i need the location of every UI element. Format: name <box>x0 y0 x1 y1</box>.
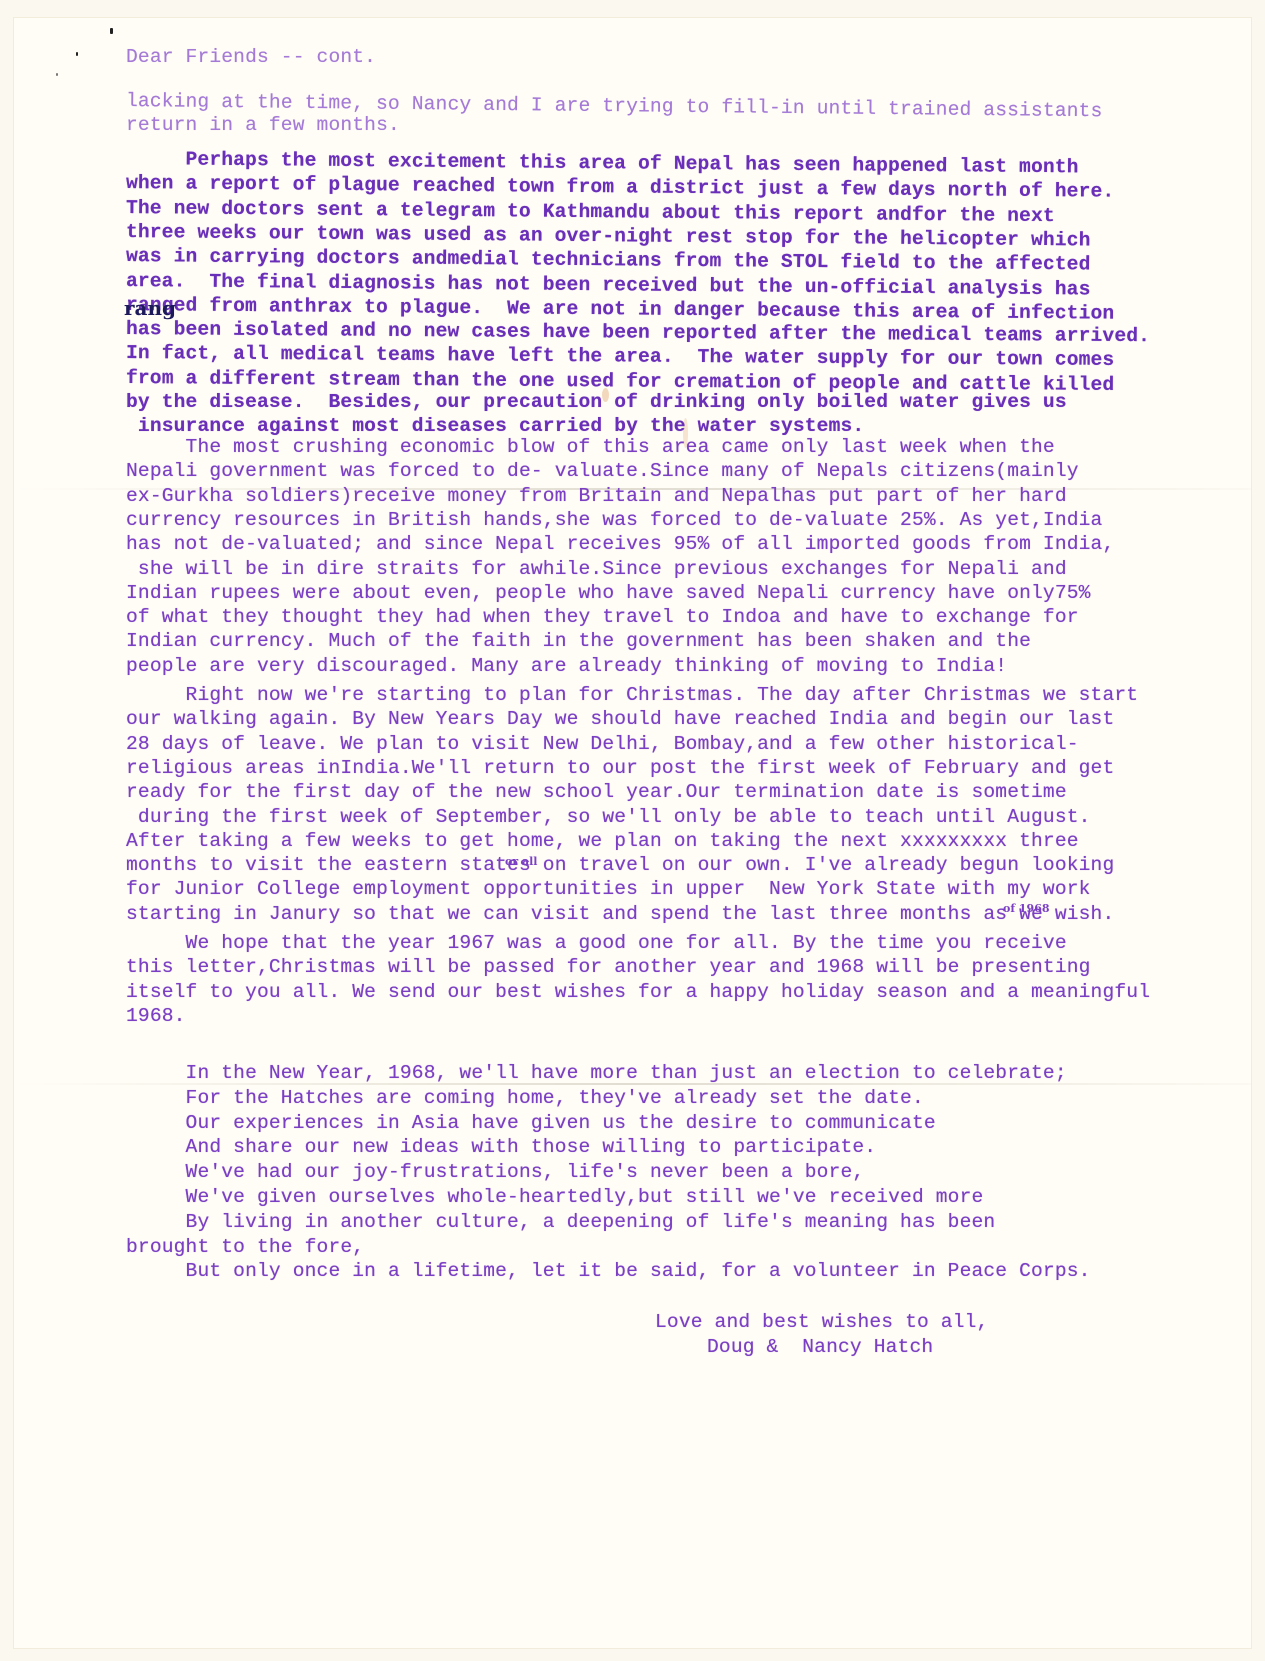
handwritten-correction: rang <box>124 296 176 320</box>
text-line: We hope that the year 1967 was a good on… <box>126 934 1067 954</box>
handwritten-insert: or all <box>505 855 537 868</box>
text-line: brought to the fore, <box>126 1238 364 1258</box>
text-line: After taking a few weeks to get home, we… <box>126 832 1079 852</box>
text-line: By living in another culture, a deepenin… <box>126 1213 995 1233</box>
text-line: For the Hatches are coming home, they've… <box>126 1089 924 1109</box>
text-line: by the disease. Besides, our precaution … <box>126 393 1067 413</box>
text-line: of what they thought they had when they … <box>126 608 1079 628</box>
text-line: insurance against most diseases carried … <box>126 417 864 437</box>
text-line: religious areas inIndia.We'll return to … <box>126 759 1114 779</box>
text-line: But only once in a lifetime, let it be s… <box>126 1262 1091 1282</box>
text-line: Our experiences in Asia have given us th… <box>126 1114 936 1134</box>
text-line: We've given ourselves whole-heartedly,bu… <box>126 1188 983 1208</box>
text-line: The most crushing economic blow of this … <box>126 438 1055 458</box>
text-line: Indian rupees were about even, people wh… <box>126 584 1091 604</box>
text-line: In fact, all medical teams have left the… <box>126 344 1115 370</box>
text-line: In the New Year, 1968, we'll have more t… <box>126 1064 1067 1084</box>
text-line: she will be in dire straits for awhile.S… <box>126 560 1067 580</box>
text-line: people are very discouraged. Many are al… <box>126 657 1007 677</box>
opening-line: return in a few months. <box>126 116 400 136</box>
text-line: during the first week of September, so w… <box>126 808 1091 828</box>
text-line: Indian currency. Much of the faith in th… <box>126 632 1031 652</box>
signature: Doug & Nancy Hatch <box>707 1338 933 1358</box>
text-line: ready for the first day of the new schoo… <box>126 783 1067 803</box>
text-line: itself to you all. We send our best wish… <box>126 983 1150 1003</box>
text-line: ex-Gurkha soldiers)receive money from Br… <box>126 487 1067 507</box>
closing-line: Love and best wishes to all, <box>655 1313 988 1333</box>
text-line: Right now we're starting to plan for Chr… <box>126 686 1138 706</box>
text-line: currency resources in British hands,she … <box>126 511 1102 531</box>
text-line: starting in Janury so that we can visit … <box>126 905 1114 925</box>
text-line: months to visit the eastern states on tr… <box>126 856 1114 876</box>
text-line: Nepali government was forced to de- valu… <box>126 462 1079 482</box>
text-line: 28 days of leave. We plan to visit New D… <box>126 735 1079 755</box>
letter-document: Dear Friends -- cont. lacking at the tim… <box>0 0 1265 1661</box>
text-line: our walking again. By New Years Day we s… <box>126 710 1114 730</box>
handwritten-insert: of 1968 <box>1003 902 1050 915</box>
text-line: has not de-valuated; and since Nepal rec… <box>126 535 1114 555</box>
letter-salutation: Dear Friends -- cont. <box>126 48 376 68</box>
text-line: We've had our joy-frustrations, life's n… <box>126 1163 864 1183</box>
text-line: for Junior College employment opportunit… <box>126 880 1091 900</box>
text-line: And share our new ideas with those willi… <box>126 1138 876 1158</box>
text-line: this letter,Christmas will be passed for… <box>126 958 1091 978</box>
text-line: 1968. <box>126 1007 186 1027</box>
